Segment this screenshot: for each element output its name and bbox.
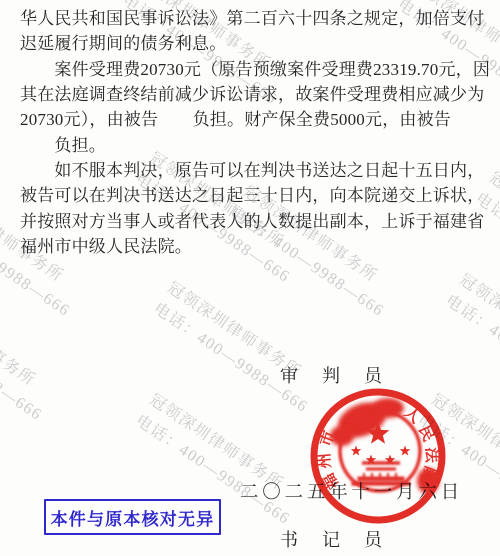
seal-small-star-icon: [400, 446, 410, 456]
body-line: 20730元），由被告 负担。财产保全费5000元，由被告: [20, 110, 451, 130]
body-line: 其在法庭调查终结前减少诉讼请求，故案件受理费相应减少为: [20, 85, 484, 105]
body-line: 华人民共和国民事诉讼法》第二百六十四条之规定，加倍支付: [20, 9, 484, 29]
body-line: 被告可以在判决书送达之日起三十日内，向本院递交上诉状，: [20, 186, 484, 206]
seal-small-star-icon: [351, 446, 361, 456]
body-line: 负担。: [20, 136, 106, 156]
body-line: 案件受理费20730元（原告预缴案件受理费23319.70元，因: [20, 60, 490, 80]
certification-stamp-text: 本件与原本核对无异: [51, 505, 215, 530]
court-judgment-page: 冠领深圳律师事务所电话：400—9988—666冠领深圳律师事务所电话：400—…: [0, 0, 500, 556]
body-line: 迟延履行期间的债务利息。: [20, 34, 226, 54]
seal-building-icon: [352, 463, 410, 485]
court-seal-icon: 福州市人民法院: [300, 378, 456, 534]
seal-arc-char: 法: [422, 447, 440, 463]
body-line: 如不服本判决，原告可以在判决书送达之日起十五日内，: [20, 161, 484, 181]
body-line: 福州市中级人民法院。: [20, 237, 192, 257]
seal-arc-char: 州: [315, 452, 334, 469]
certification-stamp: 本件与原本核对无异: [44, 499, 221, 535]
body-line: 并按照对方当事人或者代表人的人数提出副本，上诉于福建省: [20, 212, 484, 232]
